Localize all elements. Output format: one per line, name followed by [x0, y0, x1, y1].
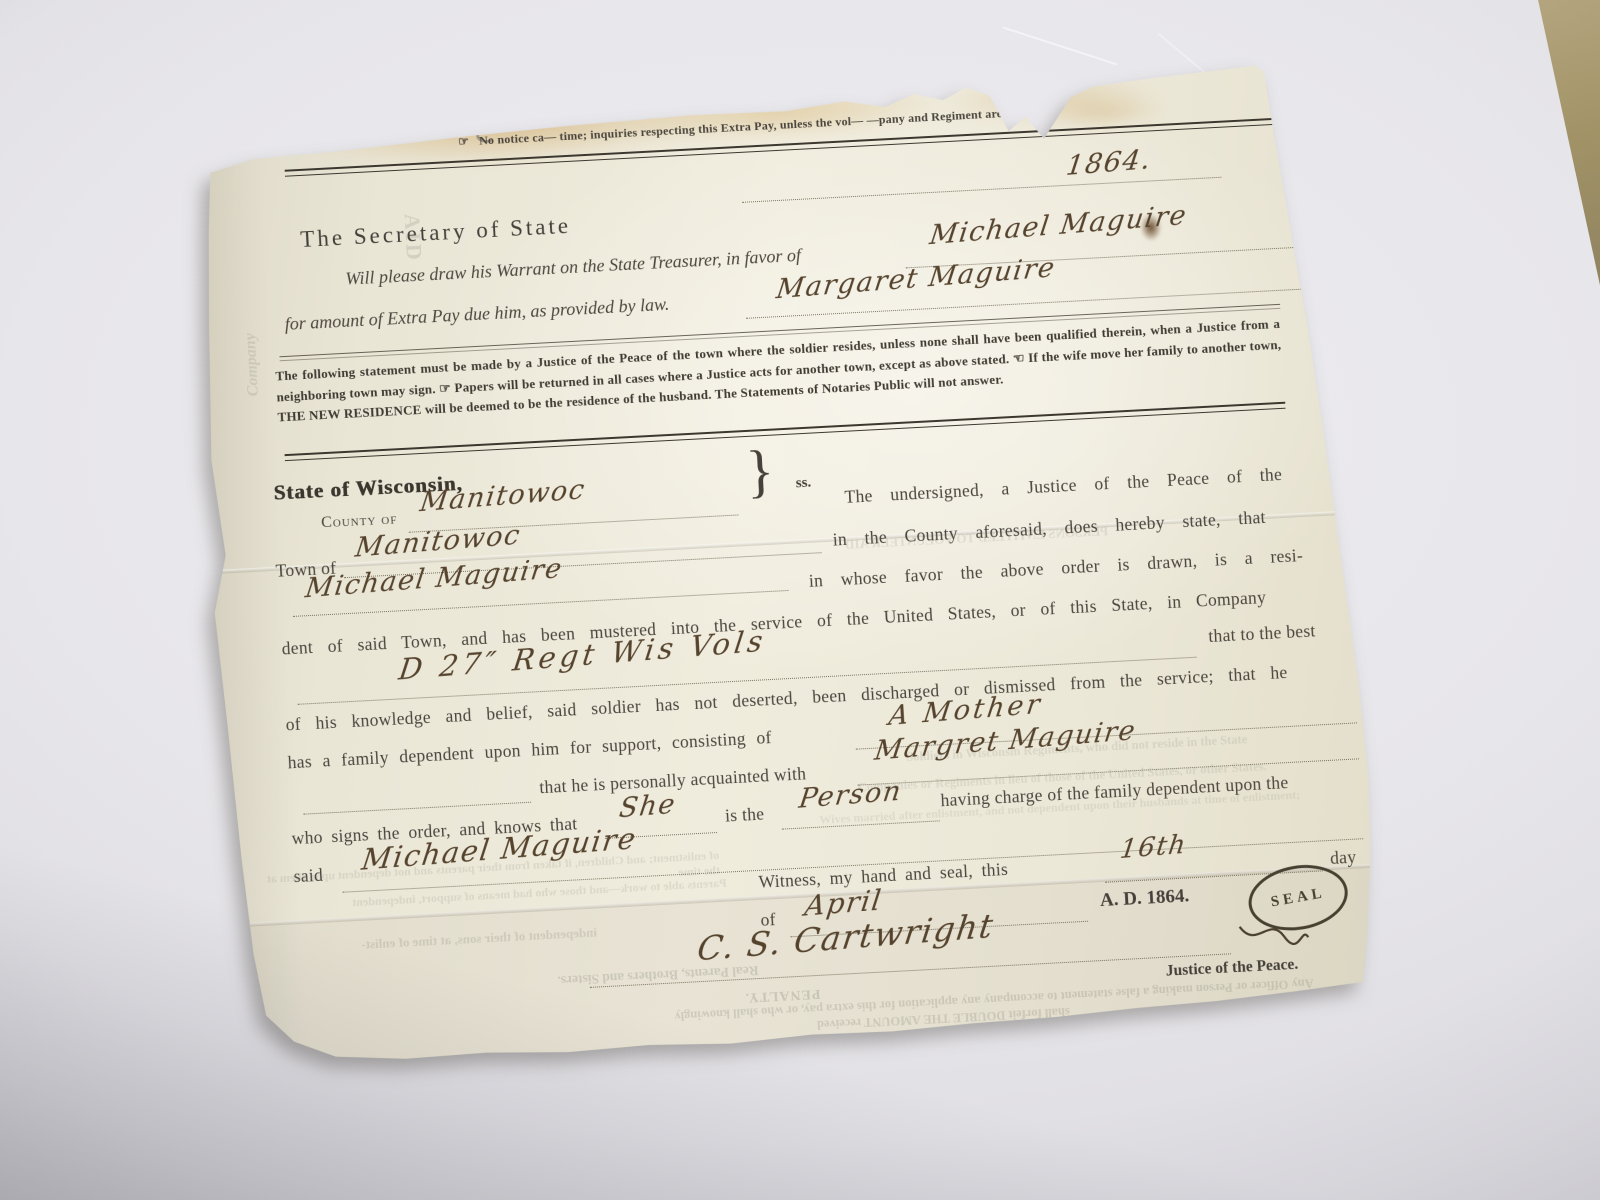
year-handwritten: 1864.	[1064, 144, 1153, 182]
ss-label: ss.	[795, 475, 811, 493]
undersigned-line-1: The undersigned, a Justice of the Peace …	[844, 461, 1344, 508]
order-line-2: for amount of Extra Pay due him, as prov…	[284, 294, 670, 335]
table-scratch	[1003, 27, 1118, 66]
pointing-hand-right-icon: ☞	[458, 134, 470, 150]
is-the-label: is the	[725, 804, 765, 827]
addressee: The Secretary of State	[300, 213, 572, 253]
day-handwritten: 16th	[1118, 830, 1188, 865]
pointing-hand-left-icon: ☜	[1047, 103, 1059, 119]
document-photo: C ☞ No notice ca— time; inquiries respec…	[182, 58, 1392, 1070]
document-paper: C ☞ No notice ca— time; inquiries respec…	[182, 58, 1392, 1070]
bleed-vertical-company: Company	[242, 333, 263, 397]
best-tail: that to the best	[1208, 620, 1316, 647]
payee-handwritten: Michael Maguire	[928, 200, 1189, 251]
ss-brace: }	[744, 437, 775, 505]
alt-name-handwritten: Margaret Maguire	[774, 252, 1057, 305]
ad-label: A. D. 1864.	[1099, 885, 1189, 912]
year-line	[742, 177, 1221, 203]
seal-text: SEAL	[1270, 885, 1327, 911]
pronoun-handwritten: She	[617, 789, 678, 825]
county-label: County of	[321, 510, 398, 532]
resident-line-2: dent of said Town, and has been mustered…	[281, 583, 1349, 660]
seal-flourish	[1233, 917, 1312, 951]
acquainted-left-rule	[303, 802, 531, 815]
day-label: day	[1330, 847, 1357, 869]
bleed-vertical-aid: AID	[399, 213, 428, 264]
countertop-corner	[1528, 0, 1600, 310]
table-surface: C ☞ No notice ca— time; inquiries respec…	[0, 0, 1600, 1200]
header-notice-text: No notice ca— time; inquiries respecting…	[479, 104, 1038, 148]
family-line: has a family dependent upon him for supp…	[287, 727, 772, 773]
